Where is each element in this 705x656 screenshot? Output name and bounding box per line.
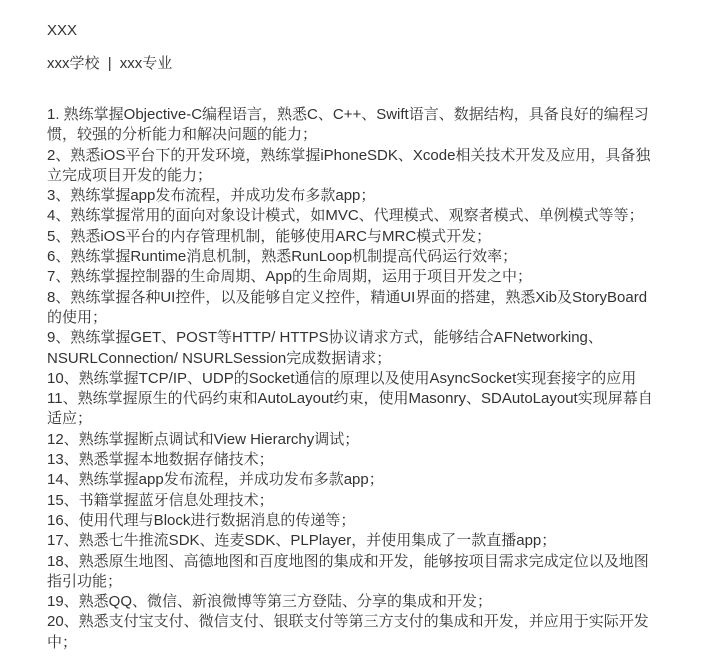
school-name: xxx学校 [47, 55, 100, 72]
skill-item-17: 17、熟悉七牛推流SDK、连麦SDK、PLPlayer，并使用集成了一款直播ap… [47, 531, 660, 551]
skill-item-6: 6、熟练掌握Runtime消息机制，熟悉RunLoop机制提高代码运行效率； [47, 247, 660, 267]
skill-item-1: 1. 熟练掌握Objective-C编程语言，熟悉C、C++、Swift语言、数… [47, 105, 660, 146]
skill-item-12: 12、熟练掌握断点调试和View Hierarchy调试； [47, 430, 660, 450]
skill-item-5: 5、熟悉iOS平台的内存管理机制，能够使用ARC与MRC模式开发； [47, 227, 660, 247]
skill-item-11: 11、熟练掌握原生的代码约束和AutoLayout约束，使用Masonry、SD… [47, 389, 660, 430]
skill-item-13: 13、熟悉掌握本地数据存储技术； [47, 450, 660, 470]
skill-item-7: 7、熟练掌握控制器的生命周期、App的生命周期，运用于项目开发之中； [47, 267, 660, 287]
skill-item-2: 2、熟悉iOS平台下的开发环境，熟练掌握iPhoneSDK、Xcode相关技术开… [47, 146, 660, 187]
skill-item-18: 18、熟悉原生地图、高德地图和百度地图的集成和开发，能够按项目需求完成定位以及地… [47, 552, 660, 593]
skills-list: 1. 熟练掌握Objective-C编程语言，熟悉C、C++、Swift语言、数… [47, 105, 660, 653]
skill-item-15: 15、书籍掌握蓝牙信息处理技术； [47, 491, 660, 511]
skill-item-9: 9、熟练掌握GET、POST等HTTP/ HTTPS协议请求方式，能够结合AFN… [47, 328, 660, 369]
separator: | [104, 55, 116, 72]
skill-item-20: 20、熟悉支付宝支付、微信支付、银联支付等第三方支付的集成和开发，并应用于实际开… [47, 612, 660, 653]
skill-item-4: 4、熟练掌握常用的面向对象设计模式，如MVC、代理模式、观察者模式、单例模式等等… [47, 206, 660, 226]
skill-item-14: 14、熟练掌握app发布流程，并成功发布多款app； [47, 470, 660, 490]
skill-item-19: 19、熟悉QQ、微信、新浪微博等第三方登陆、分享的集成和开发； [47, 592, 660, 612]
education-line: xxx学校 | xxx专业 [47, 54, 660, 74]
resume-document: XXX xxx学校 | xxx专业 1. 熟练掌握Objective-C编程语言… [0, 0, 705, 656]
skill-item-8: 8、熟练掌握各种UI控件，以及能够自定义控件，精通UI界面的搭建，熟悉Xib及S… [47, 288, 660, 329]
skill-item-10: 10、熟练掌握TCP/IP、UDP的Socket通信的原理以及使用AsyncSo… [47, 369, 660, 389]
major-name: xxx专业 [120, 55, 173, 72]
candidate-name: XXX [47, 21, 660, 41]
skill-item-16: 16、使用代理与Block进行数据消息的传递等； [47, 511, 660, 531]
skill-item-3: 3、熟练掌握app发布流程，并成功发布多款app； [47, 186, 660, 206]
